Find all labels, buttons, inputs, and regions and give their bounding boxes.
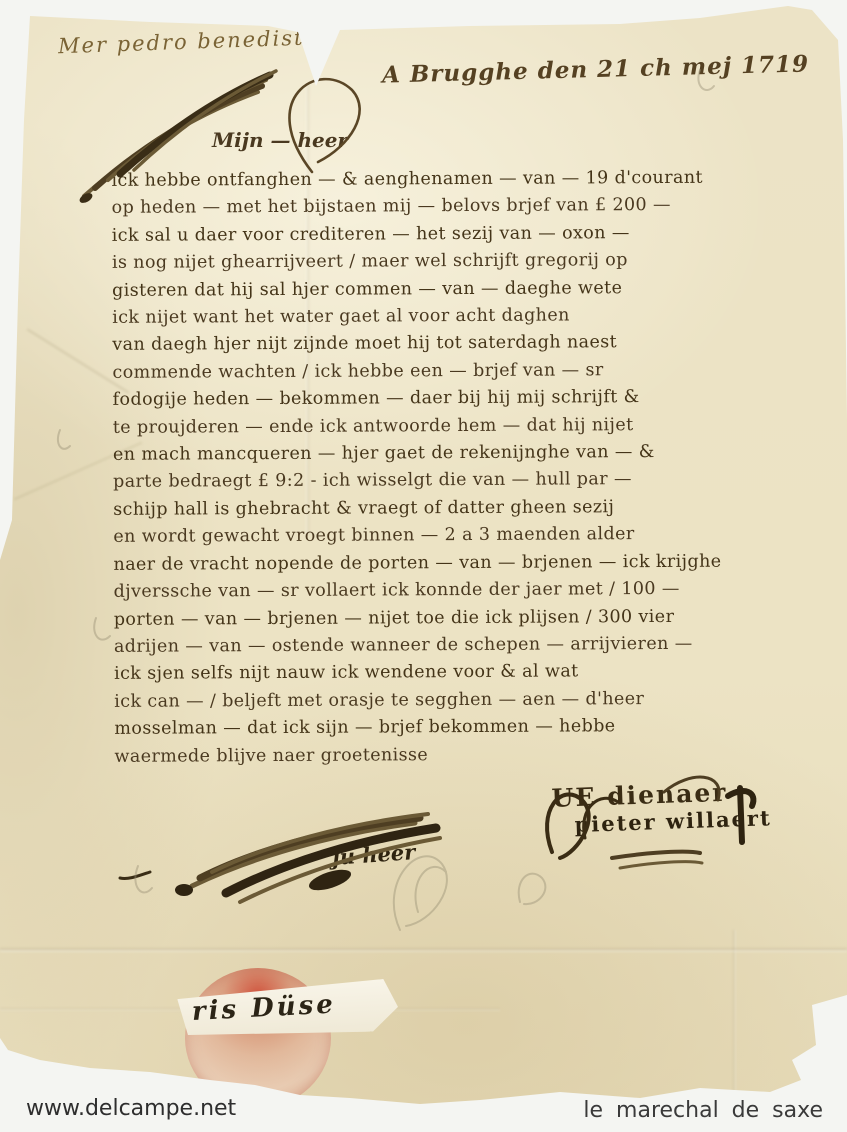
dateline: A Brugghe den 21 ch mej 1719 <box>382 50 810 88</box>
letter-paper-sheet: Mer pedro benedist A Brugghe den 21 ch m… <box>0 0 847 1112</box>
letter-line: porten — van — brjenen — nijet toe die i… <box>114 603 814 634</box>
letter-line: parte bedraegt £ 9:2 - ich wisselgt die … <box>113 466 813 497</box>
letter-line: djverssche van — sr vollaert ick konnde … <box>114 575 814 606</box>
salutation: Mijn — heer <box>212 128 348 152</box>
letter-line: commende wachten / ick hebbe een — brjef… <box>112 356 812 387</box>
letter-line: en mach mancqueren — hjer gaet de rekeni… <box>113 438 813 469</box>
letter-line: van daegh hjer nijt zijnde moet hij tot … <box>112 329 812 360</box>
letter-line: waermede blijve naer groetenisse <box>114 740 814 771</box>
letter-line: mosselman — dat ick sijn — brjef bekomme… <box>114 712 814 743</box>
vertical-fold-crease <box>733 930 736 1100</box>
letter-line: adrijen — van — ostende wanneer de schep… <box>114 630 814 661</box>
letter-line: ick sjen selfs nijt nauw ick wendene voo… <box>114 657 814 688</box>
letter-line: en wordt gewacht vroegt binnen — 2 a 3 m… <box>113 520 813 551</box>
letter-line: te proujderen — ende ick antwoorde hem —… <box>113 411 813 442</box>
pen-trial-note: ju heer <box>331 839 416 870</box>
scanned-letter-page: Mer pedro benedist A Brugghe den 21 ch m… <box>0 0 847 1132</box>
letter-line: gisteren dat hij sal hjer commen — van —… <box>112 274 812 305</box>
horizontal-fold-crease <box>0 948 847 952</box>
letter-line: ick nijet want het water gaet al voor ac… <box>112 301 812 332</box>
docket-note: Mer pedro benedist <box>58 26 305 59</box>
letter-line: ick sal u daer voor crediteren — het sez… <box>112 219 812 250</box>
letter-line: is nog nijet ghearrijveert / maer wel sc… <box>112 246 812 277</box>
watermark-delcampe: www.delcampe.net <box>26 1096 236 1121</box>
signature: UE dienaer pieter willaert <box>551 776 772 838</box>
watermark-marechal: le marechal de saxe <box>583 1098 823 1123</box>
letter-line: fodogije heden — bekommen — daer bij hij… <box>113 383 813 414</box>
letter-line: ick hebbe ontfanghen — & aenghenamen — v… <box>111 164 811 195</box>
letter-body: ick hebbe ontfanghen — & aenghenamen — v… <box>111 164 814 771</box>
letter-line: schijp hall is ghebracht & vraegt of dat… <box>113 493 813 524</box>
letter-line: ick can — / beljeft met orasje te segghe… <box>114 685 814 716</box>
letter-line: naer de vracht nopende de porten — van —… <box>113 548 813 579</box>
letter-line: op heden — met het bijstaen mij — belovs… <box>112 192 812 223</box>
